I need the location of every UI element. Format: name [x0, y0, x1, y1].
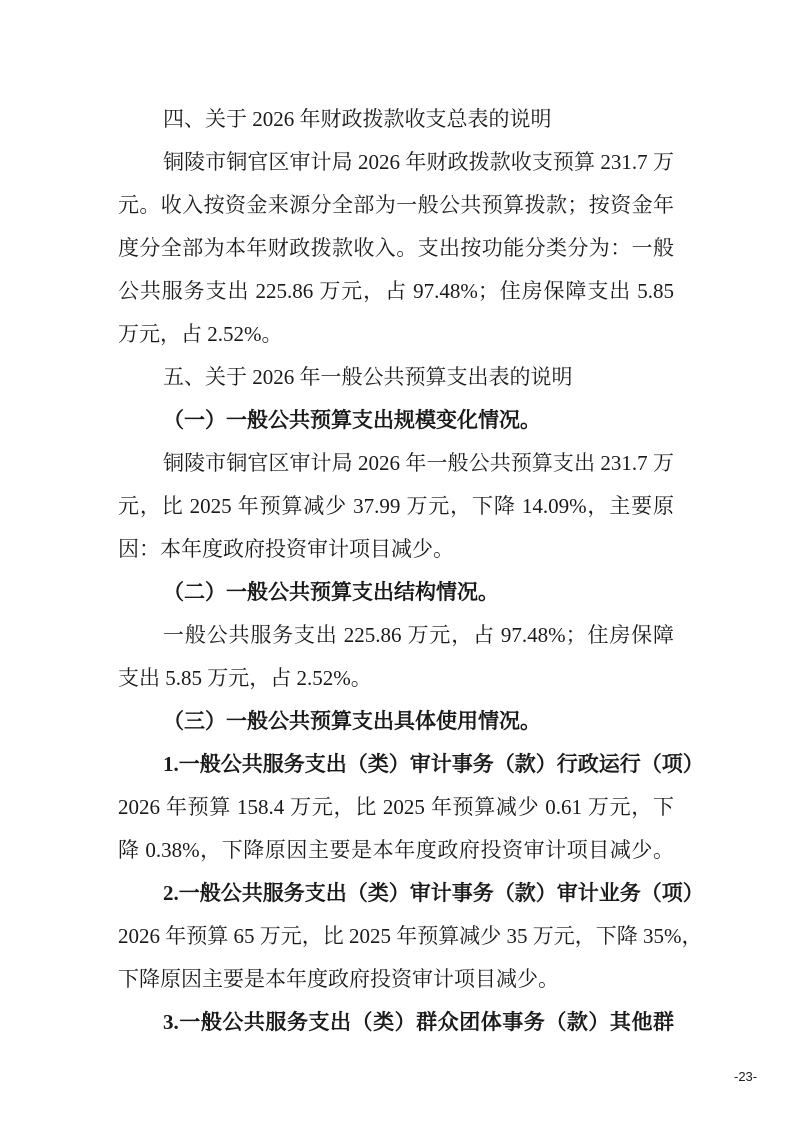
item-2-title: 2.一般公共服务支出（类）审计事务（款）审计业务（项） — [163, 878, 674, 908]
subsection-3-heading: （三）一般公共预算支出具体使用情况。 — [163, 706, 674, 736]
paragraph-line: 元，比 2025 年预算减少 37.99 万元，下降 14.09%，主要原 — [118, 491, 674, 521]
item-3-title: 3.一般公共服务支出（类）群众团体事务（款）其他群 — [163, 1007, 674, 1037]
paragraph-line: 支出 5.85 万元，占 2.52%。 — [118, 663, 674, 693]
paragraph-line: 元。收入按资金来源分全部为一般公共预算拨款；按资金年 — [118, 190, 674, 220]
paragraph-line: 下降原因主要是本年度政府投资审计项目减少。 — [118, 964, 674, 994]
paragraph-line: 一般公共服务支出 225.86 万元，占 97.48%；住房保障 — [163, 620, 674, 650]
subsection-2-heading: （二）一般公共预算支出结构情况。 — [163, 577, 674, 607]
section-5-heading: 五、关于 2026 年一般公共预算支出表的说明 — [163, 362, 674, 392]
document-page: 四、关于 2026 年财政拨款收支总表的说明 铜陵市铜官区审计局 2026 年财… — [0, 0, 793, 1122]
paragraph-line: 度分全部为本年财政拨款收入。支出按功能分类分为：一般 — [118, 233, 674, 263]
paragraph-line: 2026 年预算 158.4 万元，比 2025 年预算减少 0.61 万元，下 — [118, 792, 674, 822]
subsection-1-heading: （一）一般公共预算支出规模变化情况。 — [163, 405, 674, 435]
paragraph-line: 2026 年预算 65 万元，比 2025 年预算减少 35 万元，下降 35%… — [118, 921, 674, 951]
item-1-title: 1.一般公共服务支出（类）审计事务（款）行政运行（项） — [163, 749, 674, 779]
paragraph-line: 铜陵市铜官区审计局 2026 年一般公共预算支出 231.7 万 — [163, 448, 674, 478]
paragraph-line: 公共服务支出 225.86 万元，占 97.48%；住房保障支出 5.85 — [118, 276, 674, 306]
page-number: -23- — [734, 1069, 757, 1084]
paragraph-line: 万元，占 2.52%。 — [118, 319, 674, 349]
paragraph-line: 降 0.38%，下降原因主要是本年度政府投资审计项目减少。 — [118, 835, 674, 865]
paragraph-line: 因：本年度政府投资审计项目减少。 — [118, 534, 674, 564]
section-4-heading: 四、关于 2026 年财政拨款收支总表的说明 — [163, 104, 674, 134]
paragraph-line: 铜陵市铜官区审计局 2026 年财政拨款收支预算 231.7 万 — [163, 147, 674, 177]
